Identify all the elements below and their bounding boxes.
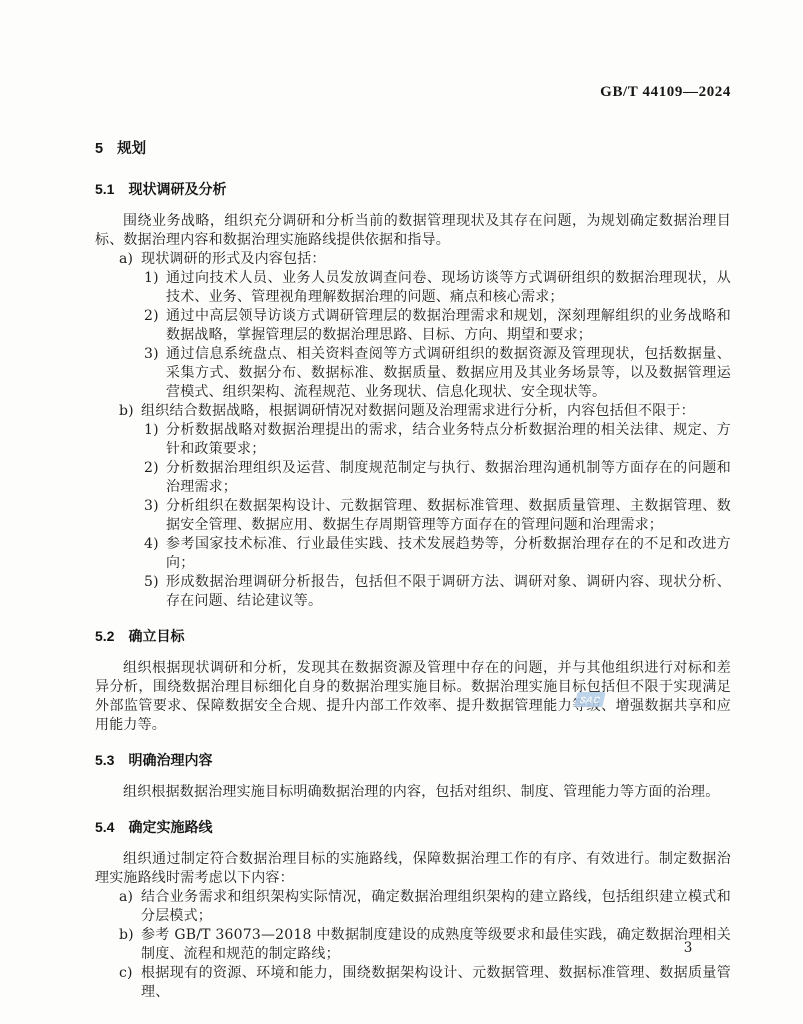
page-number: 3: [678, 940, 698, 956]
section-5-2-number: 5.2: [95, 628, 114, 644]
list-item-b: b) 组织结合数据战略，根据调研情况对数据问题及治理需求进行分析，内容包括但不限…: [95, 402, 731, 421]
list-label: 1): [144, 269, 166, 288]
list-label: 3): [144, 497, 166, 516]
list-item-a: a) 现状调研的形式及内容包括：: [95, 250, 731, 269]
section-5-1-number: 5.1: [95, 181, 114, 197]
list-item-54-a: a) 结合业务需求和组织架构实际情况，确定数据治理组织架构的建立路线，包括组织建…: [95, 888, 731, 926]
list-label: b): [119, 926, 141, 945]
section-5-number: 5: [95, 141, 103, 157]
list-text: 分析组织在数据架构设计、元数据管理、数据标准管理、数据质量管理、主数据管理、数据…: [166, 497, 731, 535]
list-item-b-5: 5) 形成数据治理调研分析报告，包括但不限于调研方法、调研对象、调研内容、现状分…: [95, 573, 731, 611]
list-label: 3): [144, 345, 166, 364]
list-text: 通过向技术人员、业务人员发放调查问卷、现场访谈等方式调研组织的数据治理现状，从技…: [166, 269, 731, 307]
list-text: 形成数据治理调研分析报告，包括但不限于调研方法、调研对象、调研内容、现状分析、存…: [166, 573, 731, 611]
list-item-b-2: 2) 分析数据治理组织及运营、制度规范制定与执行、数据治理沟通机制等方面存在的问…: [95, 459, 731, 497]
document-page: GB/T 44109—2024 5规划 5.1现状调研及分析 围绕业务战略，组织…: [0, 0, 803, 1024]
list-text: 根据现有的资源、环境和能力，围绕数据架构设计、元数据管理、数据标准管理、数据质量…: [141, 964, 731, 1002]
list-text: 通过信息系统盘点、相关资料查阅等方式调研组织的数据资源及管理现状，包括数据量、采…: [166, 345, 731, 402]
section-5-1-heading: 5.1现状调研及分析: [95, 179, 731, 199]
list-text: 现状调研的形式及内容包括：: [141, 250, 731, 269]
list-label: 2): [144, 307, 166, 326]
list-label: a): [119, 888, 141, 907]
section-5-title: 规划: [117, 141, 146, 157]
list-item-54-c: c) 根据现有的资源、环境和能力，围绕数据架构设计、元数据管理、数据标准管理、数…: [95, 964, 731, 1002]
list-text: 通过中高层领导访谈方式调研管理层的数据治理需求和规划，深刻理解组织的业务战略和数…: [166, 307, 731, 345]
standard-code: GB/T 44109—2024: [95, 84, 731, 101]
section-5-4-number: 5.4: [95, 819, 114, 835]
section-5-3-number: 5.3: [95, 752, 114, 768]
section-5-1-intro-paragraph: 围绕业务战略，组织充分调研和分析当前的数据管理现状及其存在问题，为规划确定数据治…: [95, 212, 731, 250]
list-text: 组织结合数据战略，根据调研情况对数据问题及治理需求进行分析，内容包括但不限于：: [141, 402, 731, 421]
sac-watermark-label: SAC: [579, 695, 602, 705]
list-item-a-3: 3) 通过信息系统盘点、相关资料查阅等方式调研组织的数据资源及管理现状，包括数据…: [95, 345, 731, 402]
list-label: a): [119, 250, 141, 269]
list-label: 1): [144, 421, 166, 440]
list-item-b-3: 3) 分析组织在数据架构设计、元数据管理、数据标准管理、数据质量管理、主数据管理…: [95, 497, 731, 535]
list-item-a-2: 2) 通过中高层领导访谈方式调研管理层的数据治理需求和规划，深刻理解组织的业务战…: [95, 307, 731, 345]
list-text: 分析数据治理组织及运营、制度规范制定与执行、数据治理沟通机制等方面存在的问题和治…: [166, 459, 731, 497]
section-5-2-heading: 5.2确立目标: [95, 626, 731, 646]
list-label: b): [119, 402, 141, 421]
list-text: 参考国家技术标准、行业最佳实践、技术发展趋势等，分析数据治理存在的不足和改进方向…: [166, 535, 731, 573]
section-5-3-heading: 5.3明确治理内容: [95, 750, 731, 770]
section-5-4-title: 确定实施路线: [128, 819, 212, 835]
section-5-heading: 5规划: [95, 137, 731, 158]
list-item-54-b: b) 参考 GB/T 36073—2018 中数据制度建设的成熟度等级要求和最佳…: [95, 926, 731, 964]
section-5-1-title: 现状调研及分析: [128, 181, 226, 197]
list-text: 参考 GB/T 36073—2018 中数据制度建设的成熟度等级要求和最佳实践，…: [141, 926, 731, 964]
list-text: 分析数据战略对数据治理提出的需求，结合业务特点分析数据治理的相关法律、规定、方针…: [166, 421, 731, 459]
section-5-4-heading: 5.4确定实施路线: [95, 817, 731, 837]
page-content: GB/T 44109—2024 5规划 5.1现状调研及分析 围绕业务战略，组织…: [95, 84, 731, 1002]
section-5-2-title: 确立目标: [128, 628, 184, 644]
section-5-3-title: 明确治理内容: [128, 752, 212, 768]
list-label: 2): [144, 459, 166, 478]
section-5-3-paragraph: 组织根据数据治理实施目标明确数据治理的内容，包括对组织、制度、管理能力等方面的治…: [95, 783, 731, 802]
section-5-2-paragraph: 组织根据现状调研和分析，发现其在数据资源及管理中存在的问题，并与其他组织进行对标…: [95, 659, 731, 735]
list-item-b-4: 4) 参考国家技术标准、行业最佳实践、技术发展趋势等，分析数据治理存在的不足和改…: [95, 535, 731, 573]
list-label: 5): [144, 573, 166, 592]
sac-watermark: SAC: [574, 692, 605, 707]
list-label: 4): [144, 535, 166, 554]
section-5-4-intro-paragraph: 组织通过制定符合数据治理目标的实施路线，保障数据治理工作的有序、有效进行。制定数…: [95, 850, 731, 888]
list-item-a-1: 1) 通过向技术人员、业务人员发放调查问卷、现场访谈等方式调研组织的数据治理现状…: [95, 269, 731, 307]
list-text: 结合业务需求和组织架构实际情况，确定数据治理组织架构的建立路线，包括组织建立模式…: [141, 888, 731, 926]
list-item-b-1: 1) 分析数据战略对数据治理提出的需求，结合业务特点分析数据治理的相关法律、规定…: [95, 421, 731, 459]
list-label: c): [119, 964, 141, 983]
